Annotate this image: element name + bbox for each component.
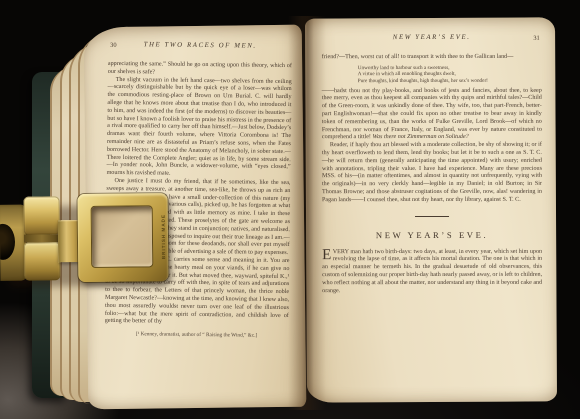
body-paragraph: Reader, if haply thou art blessed with a… — [322, 142, 542, 205]
page-number-right: 31 — [533, 35, 539, 42]
section-divider-rule — [415, 215, 449, 216]
running-title-left: THE TWO RACES OF MEN. — [108, 41, 292, 50]
chapter-opening-paragraph: EVERY man hath two birth-days: two days,… — [322, 248, 542, 295]
paragraph-text: VERY man hath two birth-days: two days, … — [322, 248, 542, 293]
body-paragraph: ——hadst thou not thy play-books, and boo… — [322, 87, 542, 142]
clasp-buckle-opening — [92, 206, 153, 267]
body-paragraph: appreciating the same.” Should he go on … — [108, 61, 292, 79]
clasp-hinge-knuckle-bottom — [24, 242, 60, 280]
verse-quotation: Unworthy land to harbour such a sweetnes… — [358, 65, 542, 85]
clasp-buckle-frame: BRITISH MADE — [77, 193, 168, 282]
book-photograph: 30 THE TWO RACES OF MEN. appreciating th… — [0, 0, 580, 419]
drop-cap: E — [322, 249, 333, 262]
brass-clasp: BRITISH MADE — [0, 193, 170, 291]
right-page-body: friend?—Then, worst cut of all! to trans… — [322, 54, 542, 296]
clasp-maker-stamp: BRITISH MADE — [161, 199, 167, 273]
right-running-head: NEW YEAR’S EVE. 31 — [322, 34, 542, 45]
body-paragraph: friend?—Then, worst cut of all! to trans… — [322, 54, 542, 62]
chapter-heading: NEW YEAR’S EVE. — [322, 229, 542, 239]
clasp-hinge-hole — [0, 224, 15, 260]
clasp-hinge-plate — [0, 205, 26, 281]
left-running-head: 30 THE TWO RACES OF MEN. — [108, 41, 292, 54]
running-title-right: NEW YEAR’S EVE. — [322, 34, 542, 41]
footnote: [¹ Kenney, dramatist, author of “ Raisin… — [105, 331, 289, 339]
verse-line: Pure thoughts, kind thoughts, high thoug… — [358, 78, 542, 85]
body-paragraph: The slight vacuum in the left hand case—… — [107, 76, 292, 180]
paragraph-text: ——hadst thou not thy play-books, and boo… — [322, 87, 542, 140]
clasp-hinge-knuckle-top — [24, 196, 60, 234]
right-page: NEW YEAR’S EVE. 31 friend?—Then, worst c… — [305, 17, 557, 402]
paragraph-text-italic: Was there not Zimmerman on Solitude? — [372, 134, 468, 140]
